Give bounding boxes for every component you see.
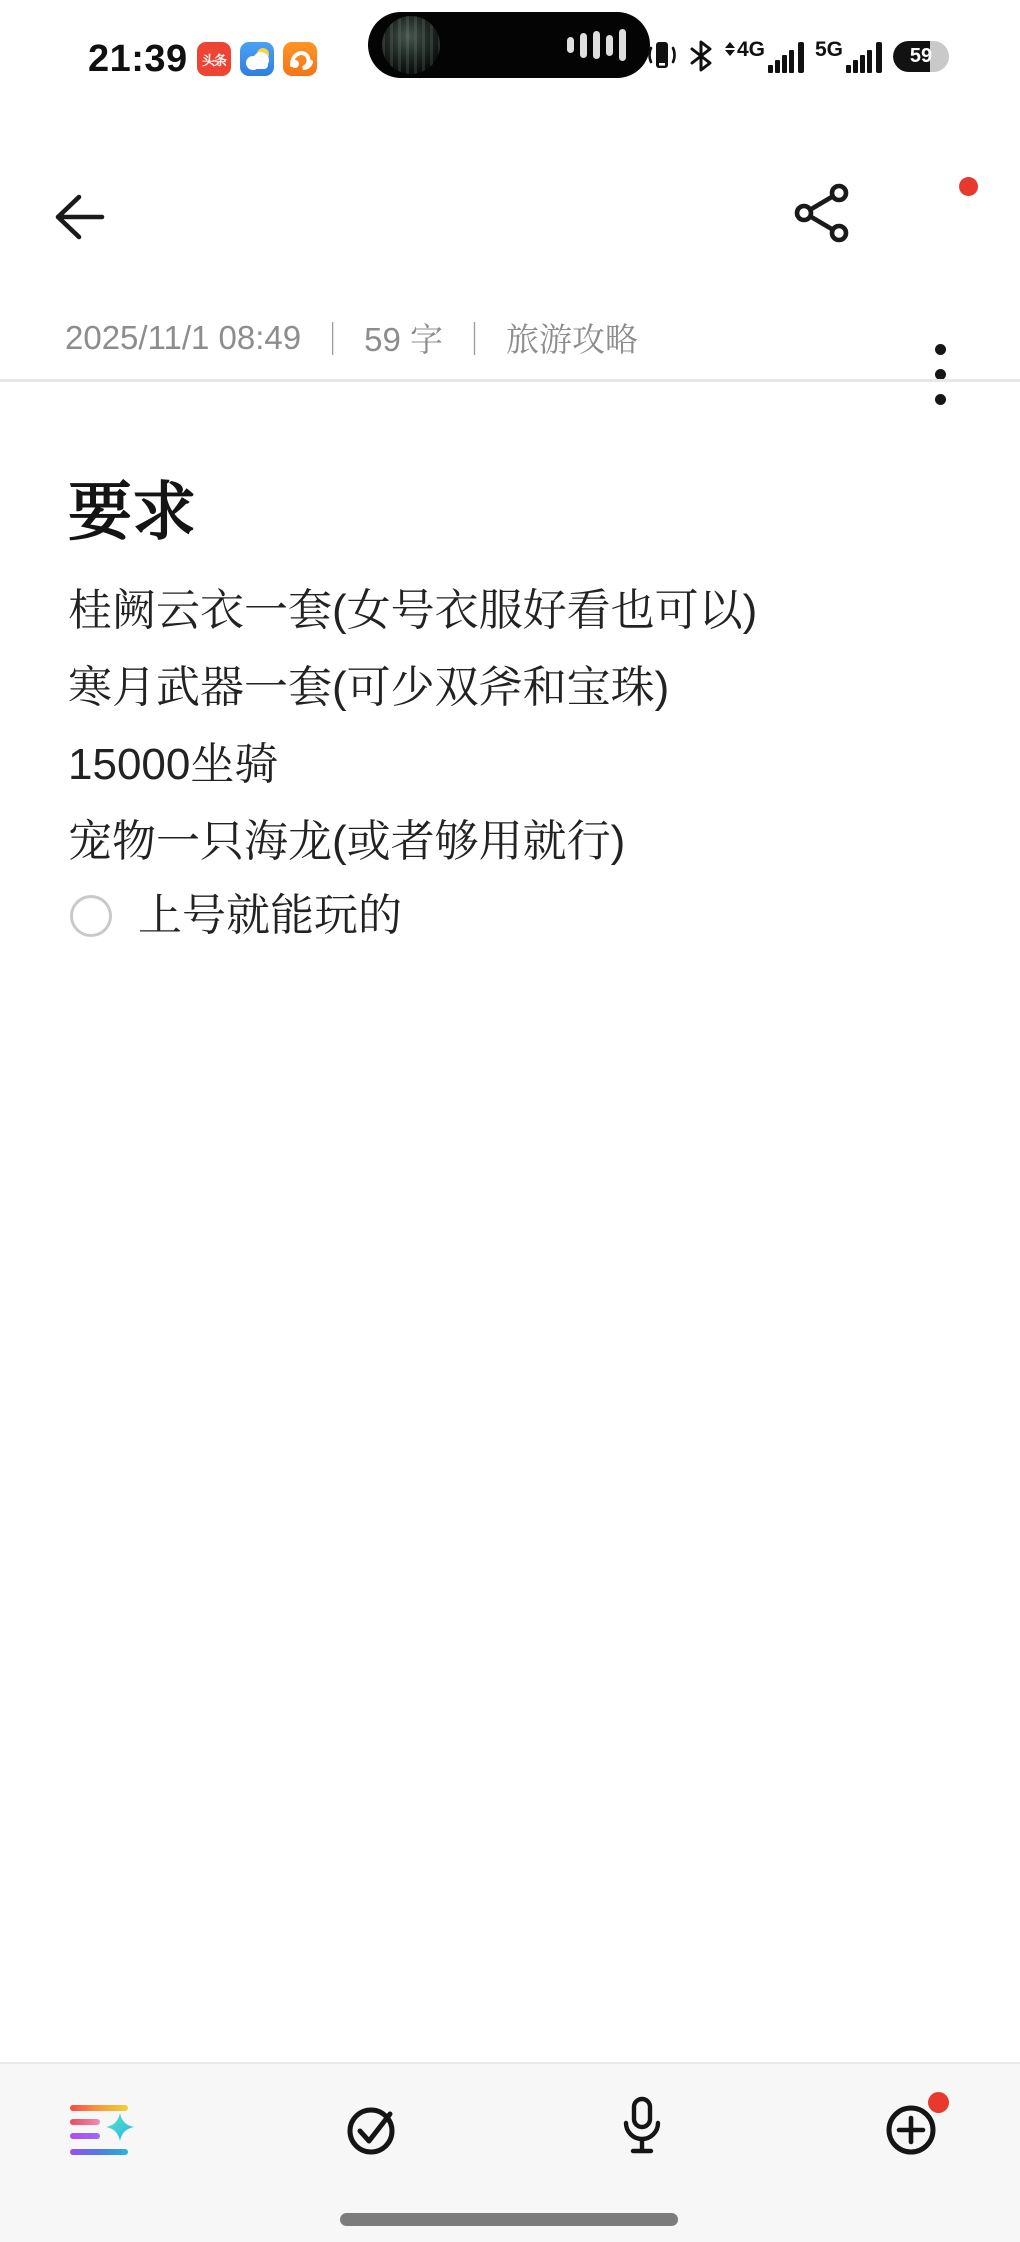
recording-waveform-icon	[567, 12, 626, 78]
header	[0, 160, 1020, 280]
word-count: 59 字	[364, 314, 443, 361]
checklist-item[interactable]: 上号就能玩的	[70, 892, 402, 940]
ai-format-icon	[70, 2105, 128, 2111]
network-5g-label: 5G	[815, 39, 843, 60]
back-button[interactable]	[48, 186, 110, 251]
vibrate-icon	[647, 39, 677, 73]
checklist-label[interactable]: 上号就能玩的	[138, 892, 402, 940]
status-icons: 4G 5G 59	[647, 36, 949, 76]
menu-dot	[935, 344, 946, 355]
more-menu-button[interactable]	[930, 344, 950, 406]
meta-separator: ｜	[316, 314, 349, 361]
note-meta: 2025/11/1 08:49 ｜ 59 字 ｜ 旅游攻略	[65, 314, 638, 361]
status-bar: 21:39 头条	[0, 0, 1020, 84]
signal-4g-icon: 4G	[725, 39, 804, 73]
todo-check-button[interactable]	[342, 2100, 402, 2160]
menu-dot	[935, 394, 946, 405]
battery-icon: 59	[893, 41, 949, 72]
front-camera-lens	[382, 16, 440, 74]
data-arrows-icon	[725, 42, 735, 56]
note-line[interactable]: 寒月武器一套(可少双斧和宝珠)	[68, 649, 968, 726]
menu-notification-badge	[959, 177, 978, 196]
share-button[interactable]	[793, 182, 851, 247]
share-icon	[793, 182, 851, 244]
checkbox-unchecked[interactable]	[70, 895, 112, 937]
category-label: 旅游攻略	[506, 314, 638, 361]
note-body[interactable]: 桂阙云衣一套(女号衣服好看也可以) 寒月武器一套(可少双斧和宝珠) 15000坐…	[68, 572, 968, 880]
back-arrow-icon	[48, 186, 110, 248]
ai-format-button[interactable]	[70, 2103, 130, 2157]
check-circle-icon	[342, 2100, 402, 2160]
note-line[interactable]: 桂阙云衣一套(女号衣服好看也可以)	[68, 572, 968, 649]
voice-input-button[interactable]	[616, 2096, 668, 2158]
meta-separator: ｜	[458, 314, 491, 361]
toutiao-news-icon: 头条	[197, 42, 231, 76]
uc-browser-icon	[283, 42, 317, 76]
battery-percent: 59	[893, 41, 949, 72]
weather-icon	[240, 42, 274, 76]
notification-icons: 头条	[197, 42, 317, 76]
microphone-icon	[616, 2096, 668, 2158]
network-4g-label: 4G	[737, 39, 765, 60]
clock: 21:39	[88, 38, 188, 81]
toutiao-label: 头条	[202, 50, 226, 69]
camera-cutout-pill	[368, 12, 650, 78]
sparkle-icon	[106, 2113, 134, 2141]
home-indicator[interactable]	[340, 2213, 678, 2226]
signal-5g-icon: 5G	[815, 39, 882, 73]
header-divider	[0, 379, 1020, 382]
bluetooth-icon	[688, 39, 714, 73]
notes-app-screen: 21:39 头条	[0, 0, 1020, 2242]
bottom-toolbar	[0, 2062, 1020, 2242]
add-notification-badge	[928, 2092, 949, 2113]
note-title[interactable]: 要求	[68, 473, 196, 551]
note-datetime: 2025/11/1 08:49	[65, 319, 301, 357]
note-line[interactable]: 宠物一只海龙(或者够用就行)	[68, 803, 968, 880]
note-line[interactable]: 15000坐骑	[68, 726, 968, 803]
